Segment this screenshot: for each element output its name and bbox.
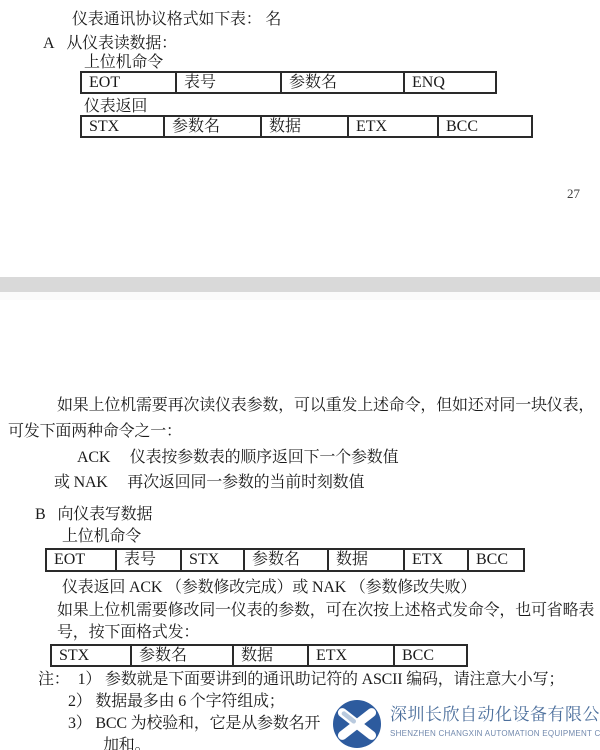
section-a-label: A <box>43 34 54 53</box>
table-cell: BCC <box>439 117 531 136</box>
table-cell: 参数名 <box>132 646 234 665</box>
section-a-host-cmd-table: EOT 表号 参数名 ENQ <box>80 71 497 94</box>
notes-label: 注： <box>38 670 70 689</box>
section-a-reply-table: STX 参数名 数据 ETX BCC <box>80 115 533 138</box>
table-cell: EOT <box>82 73 177 92</box>
notes-item-2: 2） 数据最多由 6 个字符组成； <box>68 692 285 711</box>
section-b-host-cmd-label: 上位机命令 <box>62 527 141 546</box>
section-b-heading: B 向仪表写数据 <box>35 505 152 524</box>
section-a-heading: A 从仪表读数据： <box>43 34 177 53</box>
table-cell: ENQ <box>405 73 495 92</box>
table-cell: 参数名 <box>245 550 329 570</box>
section-b-short-table: STX 参数名 数据 ETX BCC <box>50 644 468 667</box>
company-logo-icon <box>332 699 382 749</box>
nak-line: 或 NAK 再次返回同一参数的当前时刻数值 <box>54 473 364 492</box>
table-cell: ETX <box>349 117 439 136</box>
company-name-chinese: 深圳长欣自动化设备有限公司 <box>390 704 600 726</box>
notes-line-1: 注： 1） 参数就是下面要讲到的通讯助记符的 ASCII 编码，请注意大小写； <box>38 670 564 689</box>
table-cell: 数据 <box>234 646 309 665</box>
page-number: 27 <box>567 186 580 202</box>
intro-line: 仪表通讯协议格式如下表： 名 <box>72 10 281 29</box>
company-name-english: SHENZHEN CHANGXIN AUTOMATION EQUIPMENT C… <box>390 729 600 739</box>
mid-paragraph-line2: 可发下面两种命令之一： <box>8 422 182 441</box>
scanned-document-page: 仪表通讯协议格式如下表： 名 A 从仪表读数据： 上位机命令 EOT 表号 参数… <box>0 0 600 750</box>
table-cell: 参数名 <box>165 117 262 136</box>
section-b-para-line1: 如果上位机需要修改同一仪表的参数，可在次按上述格式发命令，也可省略表 <box>57 601 594 620</box>
table-cell: STX <box>182 550 245 570</box>
notes-item-3-continuation: 加和。 <box>103 736 150 750</box>
table-cell: BCC <box>395 646 466 665</box>
section-a-host-cmd-label: 上位机命令 <box>84 53 163 72</box>
table-cell: 数据 <box>262 117 349 136</box>
section-b-host-cmd-table: EOT 表号 STX 参数名 数据 ETX BCC <box>45 548 525 572</box>
page-separator-edge <box>0 292 600 300</box>
table-cell: 参数名 <box>282 73 405 92</box>
section-a-reply-label: 仪表返回 <box>84 97 147 116</box>
table-cell: STX <box>82 117 165 136</box>
table-cell: 数据 <box>329 550 405 570</box>
table-cell: STX <box>52 646 132 665</box>
table-cell: ETX <box>405 550 469 570</box>
table-cell: ETX <box>309 646 395 665</box>
notes-item-3: 3） BCC 为校验和，它是从参数名开 <box>68 714 320 733</box>
section-b-reply-line: 仪表返回 ACK （参数修改完成）或 NAK （参数修改失败） <box>62 578 476 597</box>
section-b-para-line2: 号，按下面格式发： <box>57 623 199 642</box>
table-cell: 表号 <box>177 73 282 92</box>
ack-line: ACK 仪表按参数表的顺序返回下一个参数值 <box>77 448 398 467</box>
table-cell: 表号 <box>117 550 182 570</box>
section-b-title: 向仪表写数据 <box>57 505 152 524</box>
table-cell: BCC <box>469 550 523 570</box>
table-cell: EOT <box>47 550 117 570</box>
mid-paragraph-line1: 如果上位机需要再次读仪表参数，可以重发上述命令，但如还对同一块仪表， <box>57 396 594 415</box>
section-b-label: B <box>35 505 45 524</box>
notes-item-1: 1） 参数就是下面要讲到的通讯助记符的 ASCII 编码，请注意大小写； <box>78 670 565 689</box>
page-separator-band <box>0 277 600 292</box>
section-a-title: 从仪表读数据： <box>66 34 177 53</box>
